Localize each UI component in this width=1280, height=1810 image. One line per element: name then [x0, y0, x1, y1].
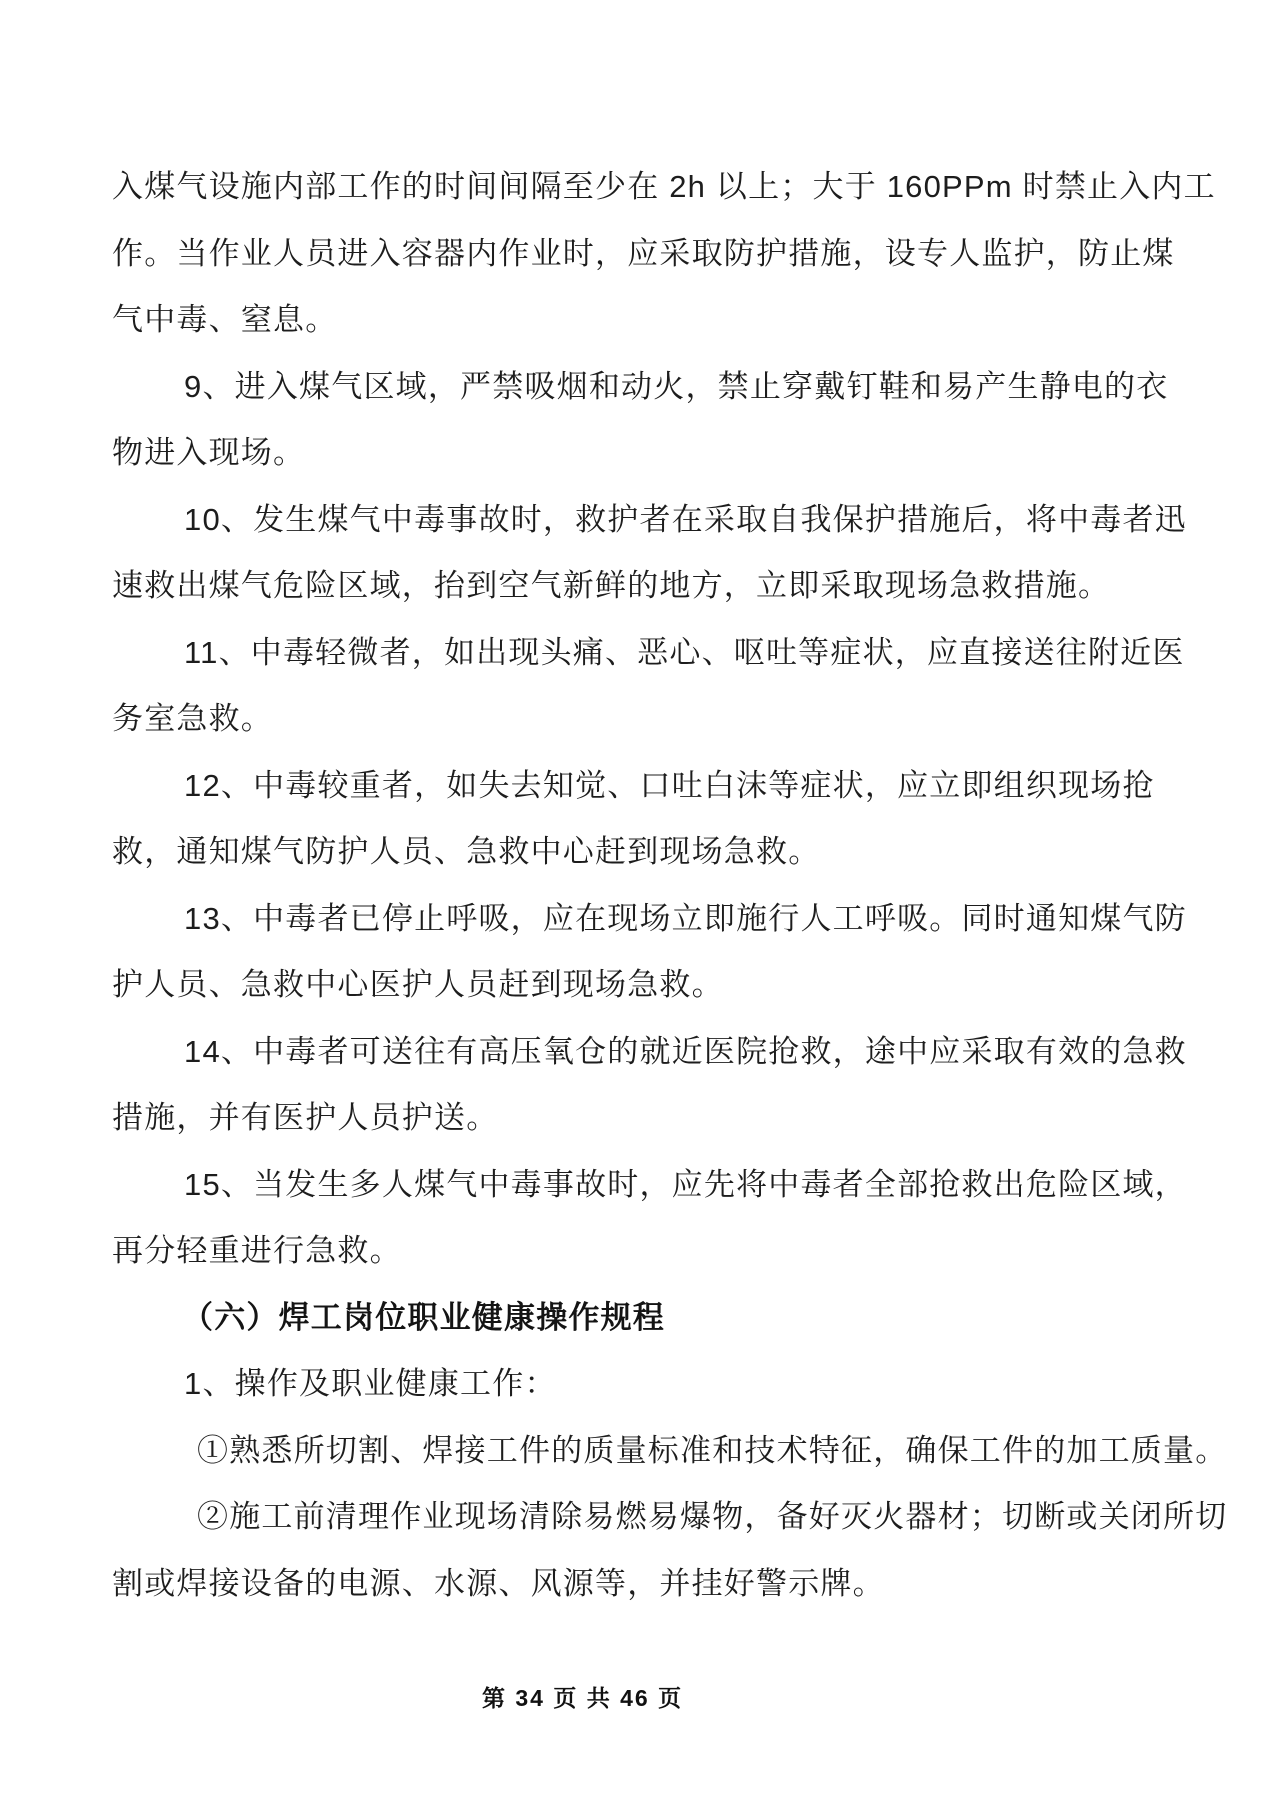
- text-line: ①熟悉所切割、焊接工件的质量标准和技术特征，确保工件的加工质量。: [112, 1418, 1192, 1485]
- text-line: 速救出煤气危险区域，抬到空气新鲜的地方，立即采取现场急救措施。: [112, 553, 1192, 620]
- text-line: 气中毒、窒息。: [112, 287, 1192, 354]
- text-line: 割或焊接设备的电源、水源、风源等，并挂好警示牌。: [112, 1551, 1192, 1618]
- text-line: ②施工前清理作业现场清除易燃易爆物，备好灭火器材；切断或关闭所切: [112, 1484, 1192, 1551]
- text-line: 12、中毒较重者，如失去知觉、口吐白沫等症状，应立即组织现场抢: [112, 753, 1192, 820]
- document-body: 入煤气设施内部工作的时间间隔至少在 2h 以上；大于 160PPm 时禁止入内工…: [112, 154, 1192, 1617]
- text-line: 11、中毒轻微者，如出现头痛、恶心、呕吐等症状，应直接送往附近医: [112, 620, 1192, 687]
- text-line: 13、中毒者已停止呼吸，应在现场立即施行人工呼吸。同时通知煤气防: [112, 886, 1192, 953]
- text-line: 措施，并有医护人员护送。: [112, 1085, 1192, 1152]
- text-line: 作。当作业人员进入容器内作业时，应采取防护措施，设专人监护，防止煤: [112, 221, 1192, 288]
- text-line: 9、进入煤气区域，严禁吸烟和动火，禁止穿戴钉鞋和易产生静电的衣: [112, 354, 1192, 421]
- text-line: 入煤气设施内部工作的时间间隔至少在 2h 以上；大于 160PPm 时禁止入内工: [112, 154, 1192, 221]
- document-page: 入煤气设施内部工作的时间间隔至少在 2h 以上；大于 160PPm 时禁止入内工…: [0, 0, 1280, 1810]
- text-line: 务室急救。: [112, 686, 1192, 753]
- text-line: 护人员、急救中心医护人员赶到现场急救。: [112, 952, 1192, 1019]
- section-heading: （六）焊工岗位职业健康操作规程: [112, 1285, 1192, 1352]
- text-line: 1、操作及职业健康工作：: [112, 1351, 1192, 1418]
- page-footer-text: 第 34 页 共 46 页: [482, 1683, 683, 1713]
- text-line: 救，通知煤气防护人员、急救中心赶到现场急救。: [112, 819, 1192, 886]
- text-line: 15、当发生多人煤气中毒事故时，应先将中毒者全部抢救出危险区域，: [112, 1152, 1192, 1219]
- text-line: 14、中毒者可送往有高压氧仓的就近医院抢救，途中应采取有效的急救: [112, 1019, 1192, 1086]
- text-line: 再分轻重进行急救。: [112, 1218, 1192, 1285]
- text-line: 物进入现场。: [112, 420, 1192, 487]
- text-line: 10、发生煤气中毒事故时，救护者在采取自我保护措施后，将中毒者迅: [112, 487, 1192, 554]
